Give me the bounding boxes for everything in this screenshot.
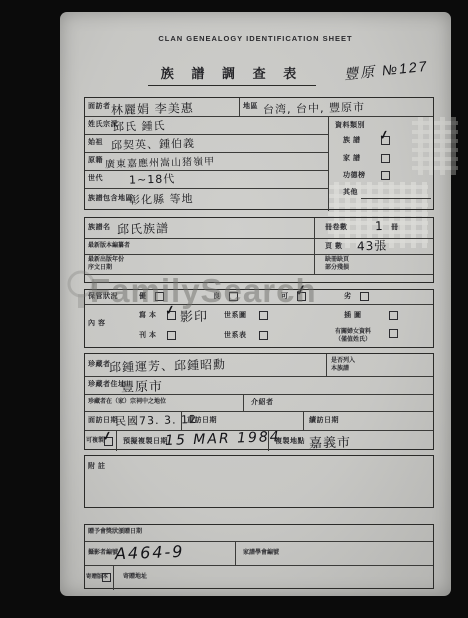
divider (303, 411, 304, 430)
divider (113, 565, 114, 590)
women-sub-label: （僅值姓氏） (335, 337, 371, 344)
chart-label: 世系圖 (224, 312, 247, 320)
copyable-label: 可複製 (86, 438, 104, 445)
divider (239, 98, 240, 116)
region-label: 地區 (243, 103, 258, 111)
origin-value: 廣東嘉應州嵩山猪嶺甲 (105, 153, 215, 171)
divider (314, 218, 315, 274)
missing-label2: 部分殘損 (325, 265, 349, 272)
revisit-label: 重訪日期 (187, 417, 217, 425)
ancestor-value: 邱契英、鍾伯義 (111, 135, 195, 153)
familysearch-watermark: FamilySearch (90, 272, 317, 310)
notes-label: 附 註 (88, 463, 105, 471)
volumes-unit: 冊 (391, 224, 399, 232)
interviewer-value: 林麗娟 李美惠 (111, 99, 194, 118)
volumes-value: 1 (375, 219, 384, 233)
section-identification: 面訪者 林麗娟 李美惠 地區 台湾, 台中, 豐原市 姓氏宗派 邱氏 鍾氏 始祖… (84, 97, 434, 210)
missing-label: 缺冊缺頁 (325, 257, 349, 264)
divider (235, 541, 236, 565)
listed-line1: 是否列入 (331, 358, 355, 365)
photographer-no-value: A464-9 (115, 542, 185, 563)
divider (326, 354, 327, 376)
copy-place-label: 複製地點 (275, 438, 305, 446)
areas-label: 族譜包含地區 (88, 195, 133, 203)
pages-label: 頁 數 (325, 243, 342, 251)
copy-place-value: 嘉義市 (309, 431, 351, 451)
holder-value: 邱鍾運芳、邱鍾昭勳 (109, 355, 226, 375)
divider (85, 188, 328, 189)
content-label: 內 容 (88, 320, 105, 328)
divider (85, 541, 433, 542)
divider (85, 254, 433, 255)
checkbox-donated-copy (102, 573, 111, 582)
divider (85, 170, 328, 171)
category-label: 資料類別 (335, 122, 365, 130)
checkbox-women (389, 329, 398, 338)
generations-value: 1~18代 (129, 170, 176, 187)
sheet-header: CLAN GENEALOGY IDENTIFICATION SHEET (60, 34, 451, 43)
table-label: 世系表 (224, 332, 247, 340)
form-title: 族 譜 調 查 表 (148, 63, 316, 86)
manuscript-label: 寫 本 (139, 312, 156, 320)
illustration-label: 插 圖 (344, 312, 361, 320)
corner-annotation: 豐原 №127 (343, 56, 429, 85)
photographer-no-label: 攝影者編號 (88, 550, 118, 557)
divider (243, 394, 244, 411)
document-page: CLAN GENEALOGY IDENTIFICATION SHEET 族 譜 … (60, 12, 451, 596)
book-name-label: 族譜名 (88, 224, 111, 232)
divider (116, 430, 117, 451)
book-name-value: 邱氏族譜 (117, 219, 169, 237)
holder-address-value: 豐原市 (121, 375, 163, 395)
other-blank-line (361, 198, 431, 199)
section-bottom: 贈予會獎狀頒贈日期 攝影者編號 A464-9 家譜學會編號 寄贈版本 寄贈地址 (84, 524, 434, 589)
section-notes: 附 註 (84, 455, 434, 508)
pages-value: 43張 (357, 237, 388, 255)
category-option-label: 功德榜 (343, 172, 366, 180)
women-label: 有關婦女資料 (335, 329, 371, 336)
listed-line2: 本族譜 (331, 366, 349, 373)
checkbox-chart (259, 311, 268, 320)
ancestor-label: 始祖 (88, 139, 103, 147)
checkbox-merit-board (381, 171, 390, 180)
checkbox-family-record (381, 154, 390, 163)
microfilm-frame: CLAN GENEALOGY IDENTIFICATION SHEET 族 譜 … (0, 0, 468, 618)
holder-position-label: 珍藏者在（家）宗祠中之地位 (88, 399, 166, 406)
volumes-label: 冊卷數 (325, 224, 348, 232)
donate-address-label: 寄贈地址 (123, 574, 147, 581)
cond-opt-label: 劣 (344, 293, 352, 301)
generations-label: 世代 (88, 175, 103, 183)
region-value: 台湾, 台中, 豐原市 (263, 99, 365, 118)
category-option-label: 族 譜 (343, 137, 360, 145)
editor-label: 最新版本編纂者 (88, 243, 130, 250)
origin-label: 原籍 (88, 157, 103, 165)
follow-up-label: 續訪日期 (309, 417, 339, 425)
areas-value: 彰化縣 等地 (129, 190, 194, 208)
interviewer-label: 面訪者 (88, 103, 111, 111)
checkbox-illustration (389, 311, 398, 320)
holder-label: 珍藏者 (88, 361, 111, 369)
first-visit-value: 民國73. 3. 12 (115, 411, 197, 429)
holder-address-label: 珍藏者住址 (88, 381, 126, 389)
divider (328, 116, 329, 211)
category-option-label: 其他 (343, 189, 358, 197)
society-no-label: 家譜學會編號 (243, 550, 279, 557)
checkbox-table (259, 331, 268, 340)
award-date-label: 贈予會獎狀頒贈日期 (88, 529, 142, 536)
section-holder: 珍藏者 邱鍾運芳、邱鍾昭勳 是否列入 本族譜 珍藏者住址 豐原市 珍藏者在（家）… (84, 353, 434, 450)
copy-date-value: 15 MAR 1984 (165, 429, 281, 449)
checkbox-printed (167, 331, 176, 340)
divider (85, 565, 433, 566)
pub-year-label: 最新出版年份 (88, 257, 124, 264)
check-mark-icon: ✓ (378, 127, 391, 143)
first-visit-label: 面訪日期 (88, 417, 118, 425)
checkbox-poor (360, 292, 369, 301)
copy-date-label: 預擬複製日期 (123, 438, 168, 446)
introducer-label: 介紹者 (251, 399, 274, 407)
printed-label: 刊 本 (139, 332, 156, 340)
category-option-label: 家 譜 (343, 155, 360, 163)
clan-value: 邱氏 鍾氏 (113, 117, 166, 134)
